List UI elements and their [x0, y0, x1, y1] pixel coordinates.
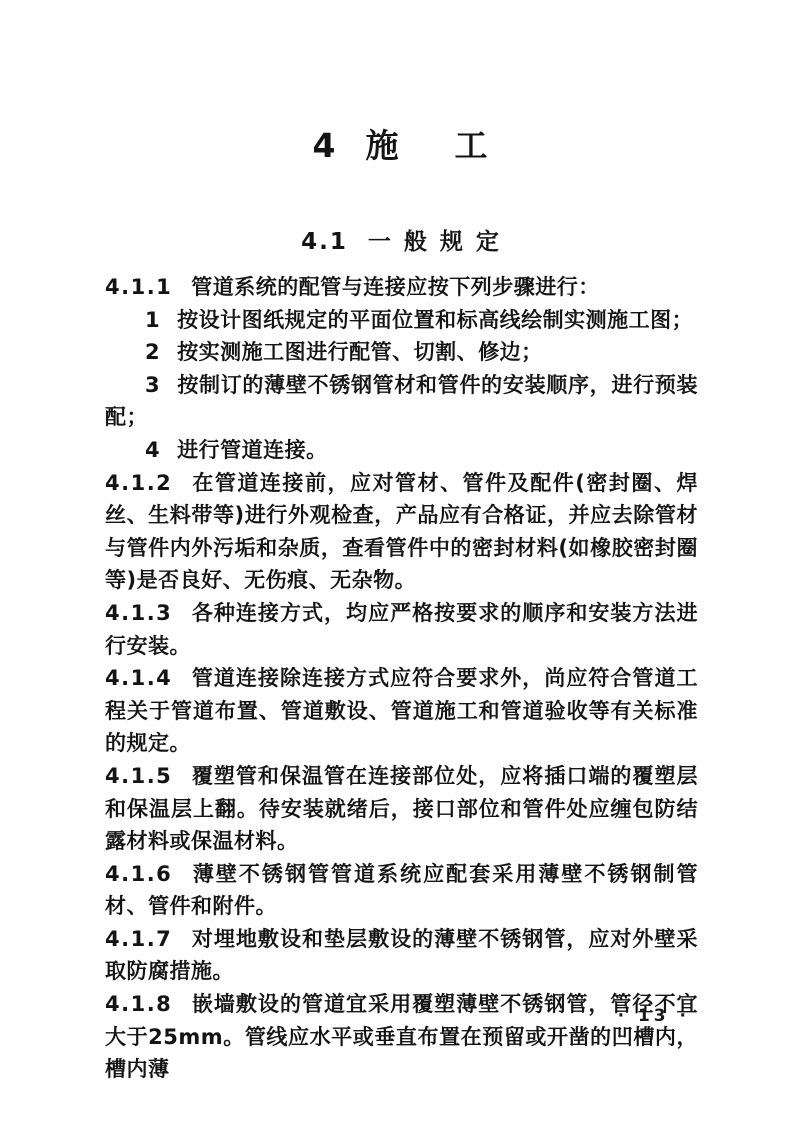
- item-text: 按实测施工图进行配管、切割、修边；: [177, 340, 543, 364]
- clause-text: 各种连接方式，均应严格按要求的顺序和安装方法进行安装。: [105, 601, 698, 658]
- clause-paragraph: 4.1.5覆塑管和保温管在连接部位处，应将插口端的覆塑层和保温层上翻。待安装就绪…: [105, 760, 698, 858]
- chapter-title: 4施工: [0, 120, 800, 167]
- chapter-title-text: 施工: [365, 120, 543, 167]
- section-title-text: 一般规定: [368, 223, 512, 256]
- clause-text: 在管道连接前，应对管材、管件及配件(密封圈、焊丝、生料带等)进行外观检查，产品应…: [105, 471, 698, 593]
- list-item: 1按设计图纸规定的平面位置和标高线绘制实测施工图；: [105, 304, 698, 337]
- clause-paragraph: 4.1.2在管道连接前，应对管材、管件及配件(密封圈、焊丝、生料带等)进行外观检…: [105, 467, 698, 597]
- clause-text: 管道系统的配管与连接应按下列步骤进行：: [191, 275, 600, 299]
- clause-number: 4.1.5: [105, 764, 172, 788]
- clause-number: 4.1.2: [105, 471, 172, 495]
- item-text: 按制订的薄壁不锈钢管材和管件的安装顺序，进行预装配；: [105, 373, 698, 430]
- clause-text: 管道连接除连接方式应符合要求外，尚应符合管道工程关于管道布置、管道敷设、管道施工…: [105, 666, 698, 755]
- list-item: 2按实测施工图进行配管、切割、修边；: [105, 336, 698, 369]
- page-number: · 13 ·: [618, 1006, 690, 1026]
- list-item: 3按制订的薄壁不锈钢管材和管件的安装顺序，进行预装配；: [105, 369, 698, 434]
- clause-number: 4.1.1: [105, 275, 172, 299]
- clause-number: 4.1.6: [105, 862, 172, 886]
- item-number: 2: [145, 340, 160, 364]
- clause-number: 4.1.3: [105, 601, 172, 625]
- section-title: 4.1一般规定: [0, 223, 800, 256]
- section-number: 4.1: [301, 229, 348, 255]
- clause-text: 嵌墙敷设的管道宜采用覆塑薄壁不锈钢管，管径不宜大于25mm。管线应水平或垂直布置…: [105, 992, 698, 1081]
- document-page: 4施工 4.1一般规定 4.1.1管道系统的配管与连接应按下列步骤进行：1按设计…: [0, 0, 800, 1142]
- clause-text: 对埋地敷设和垫层敷设的薄壁不锈钢管，应对外壁采取防腐措施。: [105, 927, 698, 984]
- clause-number: 4.1.8: [105, 992, 172, 1016]
- clause-paragraph: 4.1.7对埋地敷设和垫层敷设的薄壁不锈钢管，应对外壁采取防腐措施。: [105, 923, 698, 988]
- item-number: 1: [145, 308, 160, 332]
- item-text: 进行管道连接。: [177, 438, 328, 462]
- clause-number: 4.1.4: [105, 666, 172, 690]
- clause-paragraph: 4.1.3各种连接方式，均应严格按要求的顺序和安装方法进行安装。: [105, 597, 698, 662]
- chapter-number: 4: [313, 126, 336, 165]
- clause-text: 覆塑管和保温管在连接部位处，应将插口端的覆塑层和保温层上翻。待安装就绪后，接口部…: [105, 764, 698, 853]
- item-number: 3: [145, 373, 160, 397]
- clause-text: 薄壁不锈钢管管道系统应配套采用薄壁不锈钢制管材、管件和附件。: [105, 862, 698, 919]
- item-text: 按设计图纸规定的平面位置和标高线绘制实测施工图；: [177, 308, 693, 332]
- clause-paragraph: 4.1.1管道系统的配管与连接应按下列步骤进行：: [105, 271, 698, 304]
- list-item: 4进行管道连接。: [105, 434, 698, 467]
- clause-paragraph: 4.1.4管道连接除连接方式应符合要求外，尚应符合管道工程关于管道布置、管道敷设…: [105, 662, 698, 760]
- clause-paragraph: 4.1.8嵌墙敷设的管道宜采用覆塑薄壁不锈钢管，管径不宜大于25mm。管线应水平…: [105, 988, 698, 1086]
- clause-number: 4.1.7: [105, 927, 172, 951]
- item-number: 4: [145, 438, 160, 462]
- clause-paragraph: 4.1.6薄壁不锈钢管管道系统应配套采用薄壁不锈钢制管材、管件和附件。: [105, 858, 698, 923]
- clauses: 4.1.1管道系统的配管与连接应按下列步骤进行：1按设计图纸规定的平面位置和标高…: [105, 271, 698, 1086]
